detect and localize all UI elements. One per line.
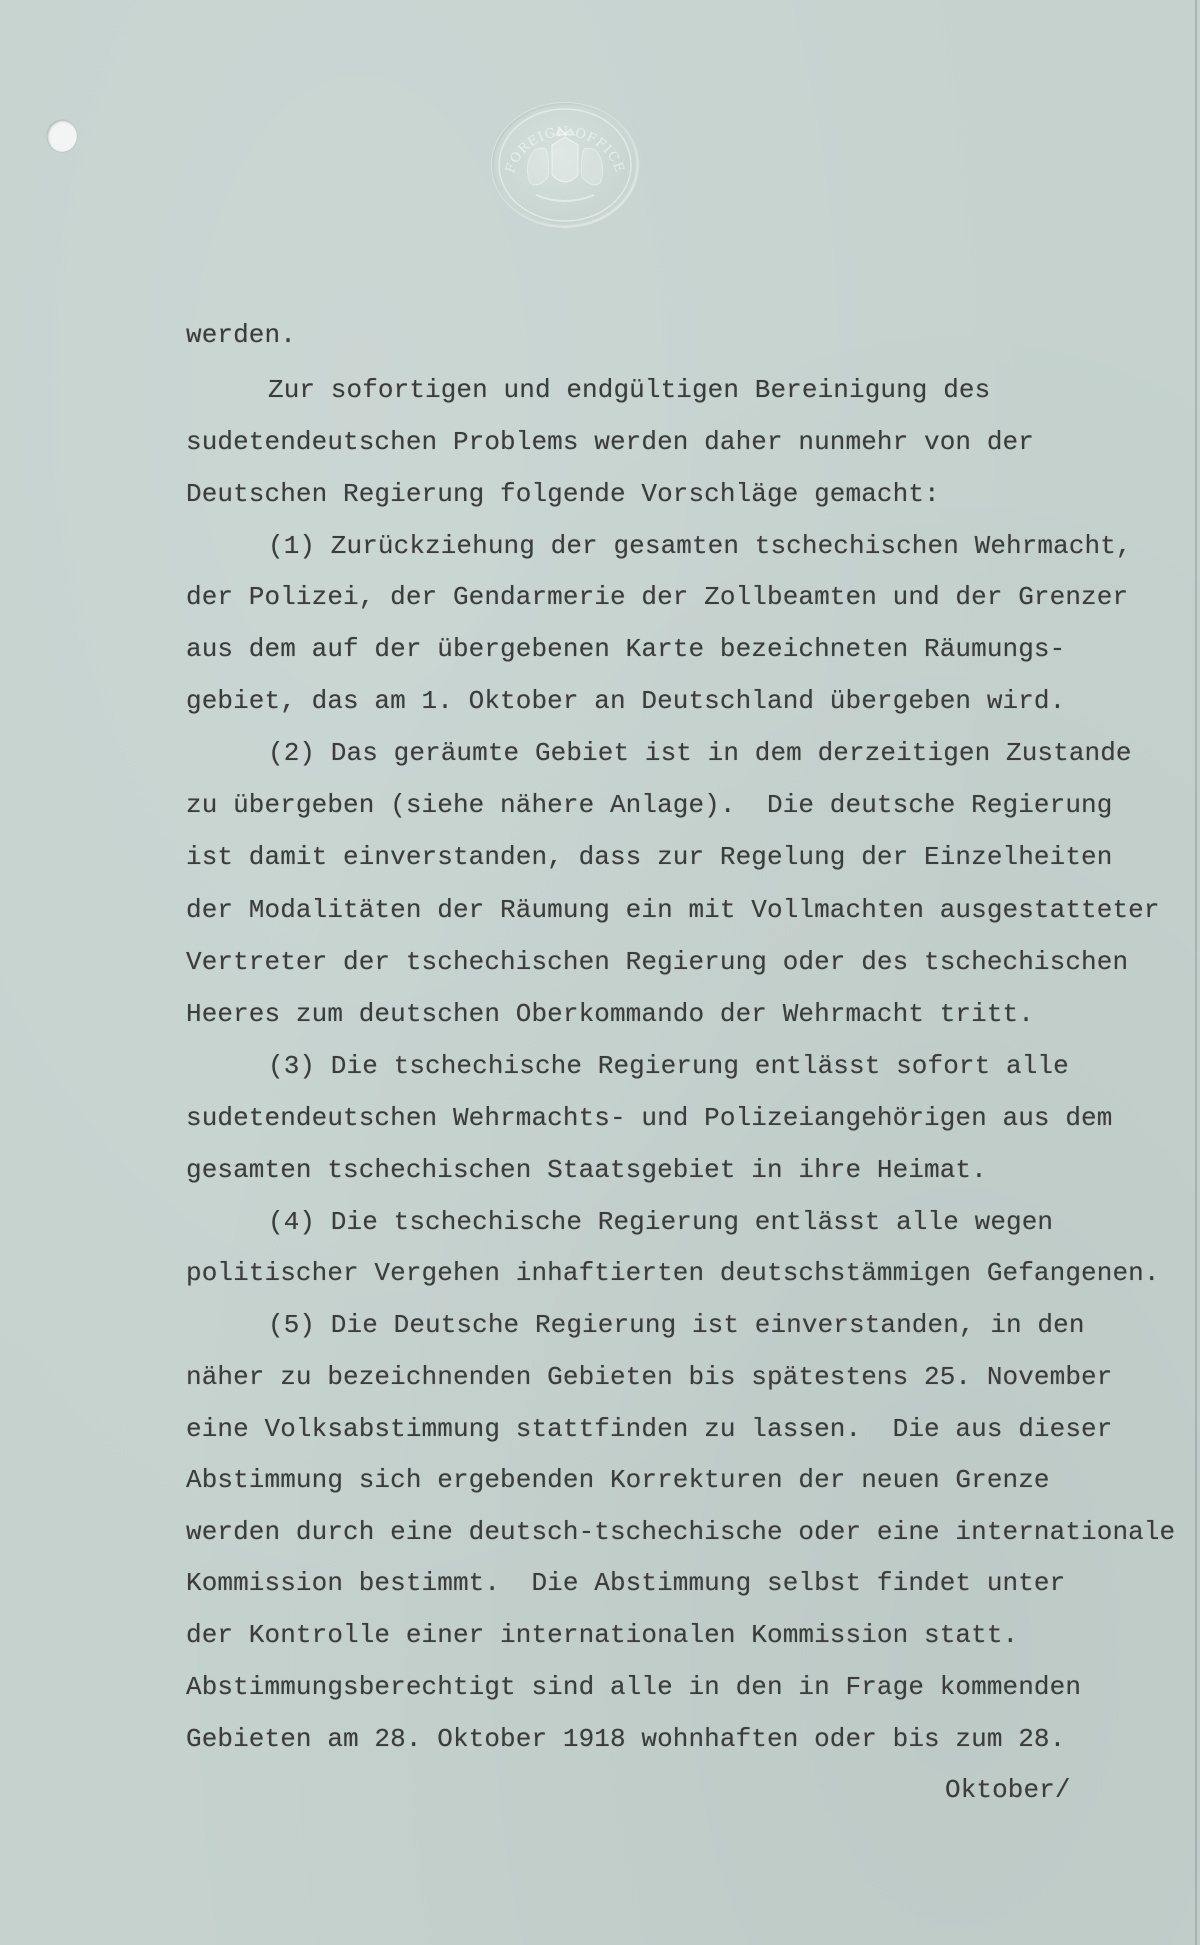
seal-crest-icon: FOREIGN OFFICE [492, 103, 638, 227]
text-line: Heeres zum deutschen Oberkommando der We… [186, 999, 1034, 1029]
text-line: der Kontrolle einer internationalen Komm… [186, 1620, 1018, 1650]
text-line: Deutschen Regierung folgende Vorschläge … [186, 479, 940, 509]
text-line: Gebieten am 28. Oktober 1918 wohnhaften … [186, 1724, 1065, 1754]
text-line: politischer Vergehen inhaftierten deutsc… [186, 1258, 1160, 1288]
text-line: eine Volksabstimmung stattfinden zu lass… [186, 1414, 1112, 1444]
text-line: Kommission bestimmt. Die Abstimmung selb… [186, 1568, 1065, 1598]
text-line: Abstimmung sich ergebenden Korrekturen d… [186, 1465, 1050, 1495]
text-line: sudetendeutschen Wehrmachts- und Polizei… [186, 1103, 1112, 1133]
text-line: (2) Das geräumte Gebiet ist in dem derze… [268, 738, 1132, 768]
text-line: (3) Die tschechische Regierung entlässt … [268, 1051, 1069, 1081]
text-line: näher zu bezeichnenden Gebieten bis spät… [186, 1362, 1112, 1392]
text-line: (1) Zurückziehung der gesamten tschechis… [268, 531, 1132, 561]
text-line: sudetendeutschen Problems werden daher n… [186, 427, 1034, 457]
text-line: Zur sofortigen und endgültigen Bereinigu… [268, 375, 990, 405]
text-line: (5) Die Deutsche Regierung ist einversta… [268, 1310, 1085, 1340]
text-line: ist damit einverstanden, dass zur Regelu… [186, 842, 1112, 872]
text-line: Abstimmungsberechtigt sind alle in den i… [186, 1672, 1081, 1702]
text-line: Vertreter der tschechischen Regierung od… [186, 947, 1128, 977]
catchword: Oktober/ [945, 1775, 1071, 1805]
page-edge [1195, 0, 1197, 1945]
punch-hole [47, 120, 77, 152]
text-line: werden. [186, 320, 296, 350]
text-line: zu übergeben (siehe nähere Anlage). Die … [186, 790, 1112, 820]
foreign-office-embossed-seal: FOREIGN OFFICE [492, 103, 638, 227]
text-line: werden durch eine deutsch-tschechische o… [186, 1517, 1175, 1547]
text-line: der Modalitäten der Räumung ein mit Voll… [186, 895, 1160, 925]
text-line: (4) Die tschechische Regierung entlässt … [268, 1207, 1053, 1237]
text-line: aus dem auf der übergebenen Karte bezeic… [186, 634, 1065, 664]
text-line: gebiet, das am 1. Oktober an Deutschland… [186, 686, 1065, 716]
text-line: gesamten tschechischen Staatsgebiet in i… [186, 1155, 987, 1185]
text-line: der Polizei, der Gendarmerie der Zollbea… [186, 582, 1128, 612]
